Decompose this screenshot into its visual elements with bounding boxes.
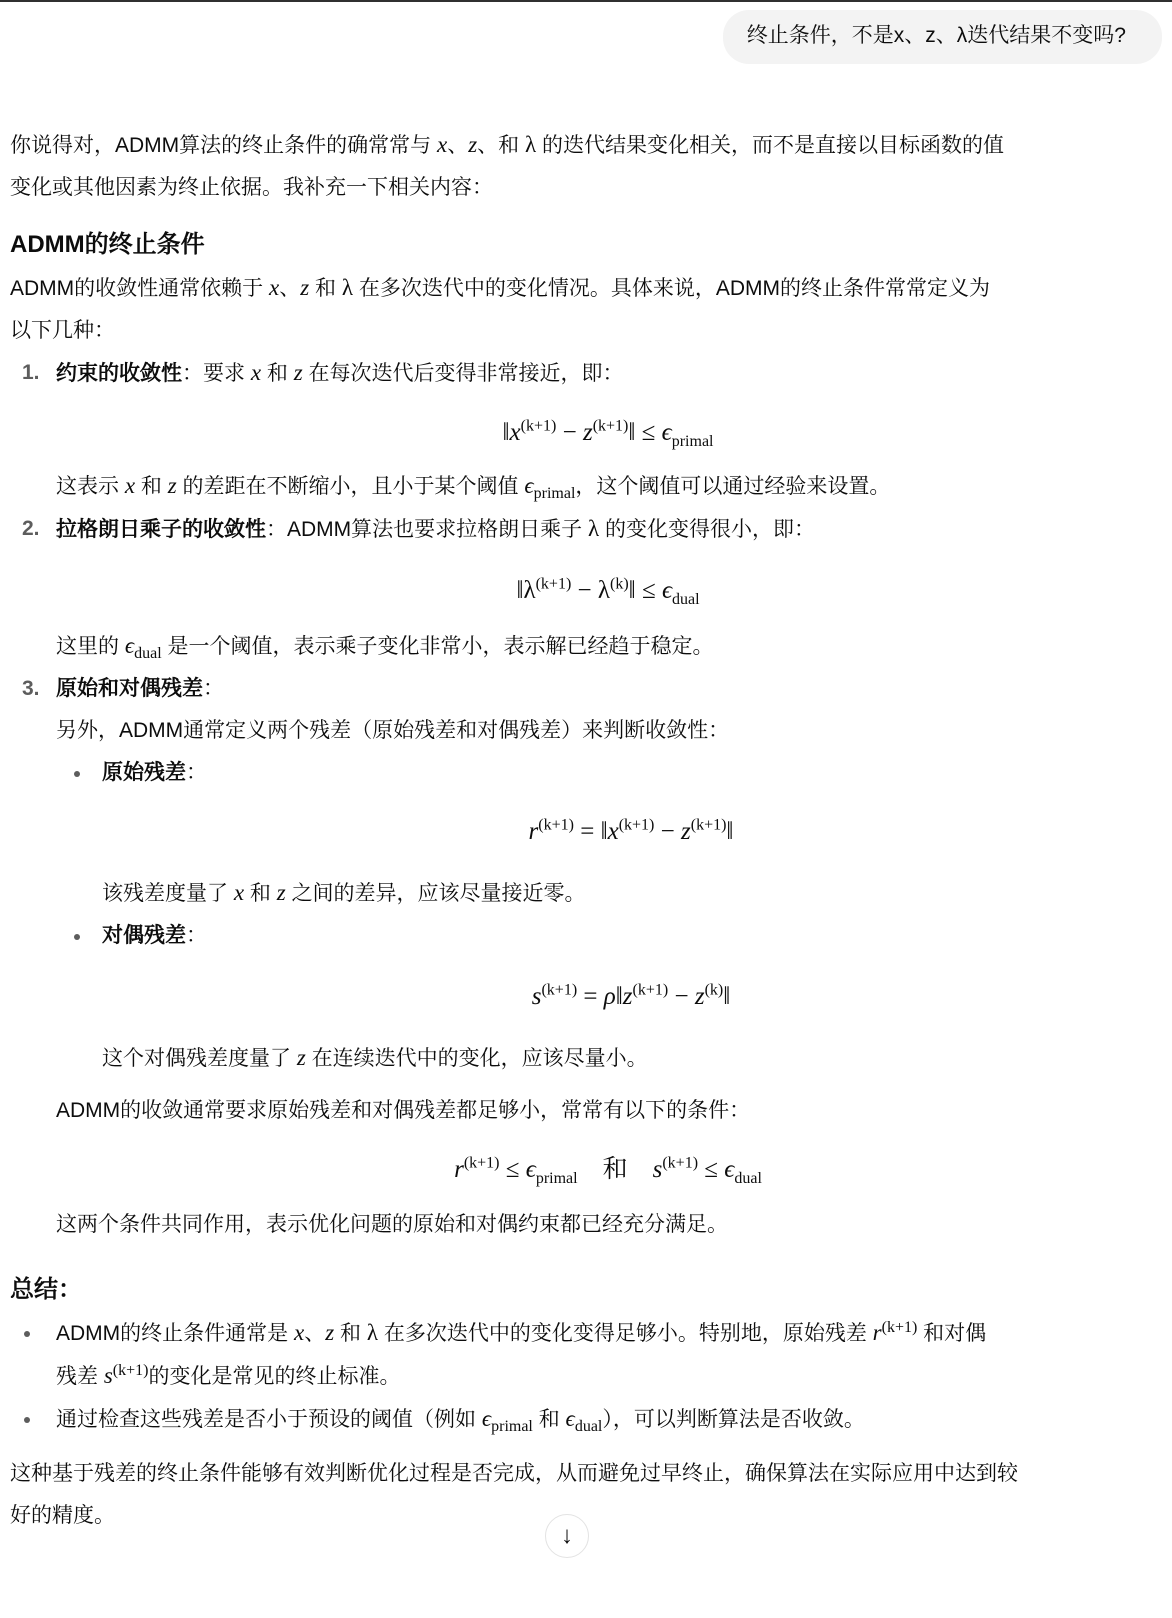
section-heading-summary: 总结：: [10, 1268, 1160, 1312]
assistant-response: 你说得对，ADMM算法的终止条件的确常常与 x、z、和 λ 的迭代结果变化相关，…: [10, 124, 1160, 1537]
bullet-icon: [24, 1331, 30, 1337]
list-item-residuals: 3. 原始和对偶残差： 另外，ADMM通常定义两个残差（原始残差和对偶残差）来判…: [10, 668, 1160, 1246]
summary-item-1: ADMM的终止条件通常是 x、z 和 λ 在多次迭代中的变化变得足够小。特别地，…: [10, 1312, 1160, 1398]
intro-paragraph: 你说得对，ADMM算法的终止条件的确常常与 x、z、和 λ 的迭代结果变化相关，…: [10, 124, 1160, 209]
formula-primal-condition: ‖x(k+1) − z(k+1)‖ ≤ ϵprimal: [56, 413, 1160, 453]
summary-item-2: 通过检查这些残差是否小于预设的阈值（例如 ϵprimal 和 ϵdual），可以…: [10, 1398, 1160, 1441]
scroll-to-bottom-button[interactable]: ↓: [545, 1514, 589, 1558]
sub-item-primal-residual: 原始残差： r(k+1) = ‖x(k+1) − z(k+1)‖ 该残差度量了 …: [56, 752, 1160, 915]
bullet-icon: [74, 771, 80, 777]
formula-combined-condition: r(k+1) ≤ ϵprimal 和 s(k+1) ≤ ϵdual: [56, 1150, 1160, 1190]
sub-item-dual-residual: 对偶残差： s(k+1) = ρ‖z(k+1) − z(k)‖ 这个对偶残差度量…: [56, 915, 1160, 1080]
section-heading-termination: ADMM的终止条件: [10, 223, 1160, 267]
formula-dual-residual: s(k+1) = ρ‖z(k+1) − z(k)‖: [102, 977, 1160, 1017]
user-message-bubble: 终止条件，不是x、z、λ迭代结果不变吗?: [723, 10, 1162, 64]
list-item-lagrange-convergence: 2. 拉格朗日乘子的收敛性：ADMM算法也要求拉格朗日乘子 λ 的变化变得很小，…: [10, 508, 1160, 668]
formula-dual-condition: ‖λ(k+1) − λ(k)‖ ≤ ϵdual: [56, 571, 1160, 611]
convergence-paragraph: ADMM的收敛性通常依赖于 x、z 和 λ 在多次迭代中的变化情况。具体来说，A…: [10, 267, 1160, 352]
bullet-icon: [74, 934, 80, 940]
list-item-constraint-convergence: 1. 约束的收敛性：要求 x 和 z 在每次迭代后变得非常接近，即： ‖x(k+…: [10, 352, 1160, 508]
user-message-text: 终止条件，不是x、z、λ迭代结果不变吗?: [747, 24, 1126, 47]
arrow-down-icon: ↓: [561, 1522, 573, 1550]
formula-primal-residual: r(k+1) = ‖x(k+1) − z(k+1)‖: [102, 812, 1160, 852]
bullet-icon: [24, 1417, 30, 1423]
